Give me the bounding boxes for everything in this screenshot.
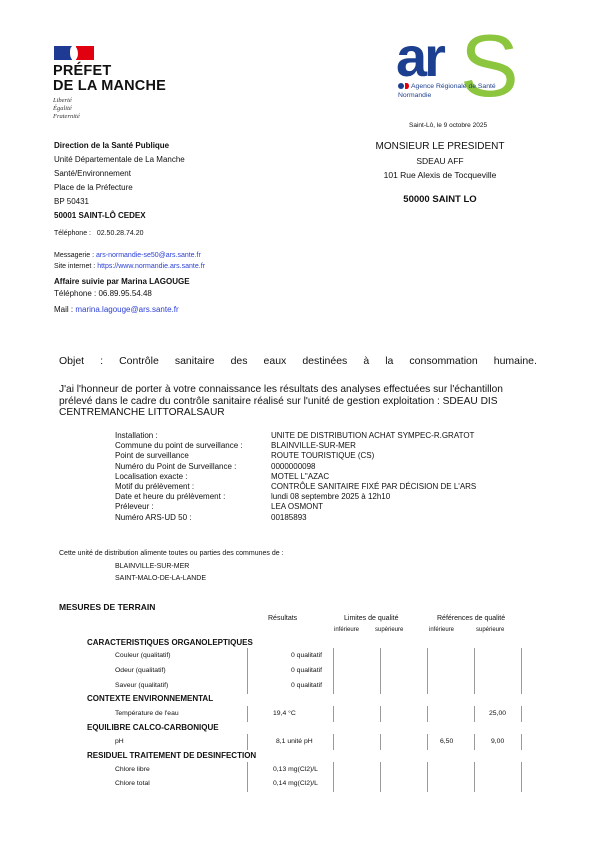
result-value: 0 qualitatif — [291, 652, 322, 659]
header-limit-upper: supérieure — [375, 627, 403, 633]
result-value: 8,1 unité pH — [276, 738, 313, 745]
date-line: Saint-Lô, le 9 octobre 2025 — [409, 122, 487, 129]
sender-site-link[interactable]: https://www.normandie.ars.sante.fr — [97, 263, 205, 270]
measures-title: MESURES DE TERRAIN — [59, 602, 155, 612]
sender-phone: Téléphone : 02.50.28.74.20 — [54, 230, 144, 237]
republic-motto: Liberté Égalité Fraternité — [53, 97, 80, 121]
marianne-half-icon — [405, 83, 409, 89]
info-row: Date et heure du prélèvement :lundi 08 s… — [115, 492, 476, 502]
header-limits: Limites de qualité — [344, 615, 398, 622]
result-value: 19,4 °C — [273, 710, 296, 717]
ref-sup-value: 25,00 — [489, 710, 506, 717]
info-row: Localisation exacte :MOTEL L"AZAC — [115, 472, 476, 482]
param-name: pH — [115, 738, 124, 745]
result-value: 0,13 mg(Cl2)/L — [273, 766, 318, 773]
group-disinfection: RESIDUEL TRAITEMENT DE DESINFECTION — [87, 751, 256, 760]
info-row: Installation :UNITE DE DISTRIBUTION ACHA… — [115, 431, 476, 441]
commune-item: BLAINVILLE-SUR-MER — [115, 563, 189, 570]
object-line: Objet : Contrôle sanitaire des eaux dest… — [59, 355, 537, 367]
sender-address1: Place de la Préfecture — [54, 183, 133, 192]
info-row: Numéro du Point de Surveillance :0000000… — [115, 462, 476, 472]
header-results: Résultats — [268, 615, 297, 622]
header-references: Références de qualité — [437, 615, 505, 622]
communes-intro: Cette unité de distribution alimente tou… — [59, 550, 284, 557]
sender-site-line: Site internet : https://www.normandie.ar… — [54, 263, 205, 270]
marianne-dot-icon — [398, 83, 404, 89]
group-organoleptic: CARACTERISTIQUES ORGANOLEPTIQUES — [87, 638, 253, 647]
result-value: 0,14 mg(Cl2)/L — [273, 780, 318, 787]
result-value: 0 qualitatif — [291, 682, 322, 689]
french-flag-icon — [54, 46, 94, 60]
info-row: Motif du prélèvement :CONTRÔLE SANITAIRE… — [115, 482, 476, 492]
recipient-line1: MONSIEUR LE PRESIDENT — [360, 140, 520, 154]
result-value: 0 qualitatif — [291, 667, 322, 674]
param-name: Couleur (qualitatif) — [115, 652, 171, 659]
param-name: Odeur (qualitatif) — [115, 667, 166, 674]
sender-service: Santé/Environnement — [54, 169, 131, 178]
sender-mail-link[interactable]: ars-normandie-se50@ars.sante.fr — [96, 252, 201, 259]
param-name: Chlore libre — [115, 766, 150, 773]
sample-info: Installation :UNITE DE DISTRIBUTION ACHA… — [115, 431, 476, 523]
ars-logo: ar S Agence Régionale de Santé Normandie — [392, 38, 532, 118]
recipient-line2: SDEAU AFF — [360, 154, 520, 168]
contact-mail-link[interactable]: marina.lagouge@ars.sante.fr — [75, 305, 178, 314]
param-name: Saveur (qualitatif) — [115, 682, 168, 689]
recipient-block: MONSIEUR LE PRESIDENT SDEAU AFF 101 Rue … — [360, 140, 520, 205]
group-environment: CONTEXTE ENVIRONNEMENTAL — [87, 694, 213, 703]
header-limit-lower: inférieure — [334, 627, 359, 633]
sender-unit: Unité Départementale de La Manche — [54, 155, 185, 164]
ref-inf-value: 6,50 — [440, 738, 453, 745]
info-row: Point de surveillanceROUTE TOURISTIQUE (… — [115, 451, 476, 461]
param-name: Chlore total — [115, 780, 150, 787]
sender-address2: BP 50431 — [54, 197, 89, 206]
info-row: Commune du point de surveillance :BLAINV… — [115, 441, 476, 451]
sender-city: 50001 SAINT-LÔ CEDEX — [54, 211, 146, 220]
contact-mail-line: Mail : marina.lagouge@ars.sante.fr — [54, 305, 179, 314]
info-row: Préleveur :LEA OSMONT — [115, 502, 476, 512]
ars-agency-name: Agence Régionale de Santé Normandie — [398, 82, 496, 100]
recipient-city: 50000 SAINT LO — [360, 194, 520, 205]
prefet-title: PRÉFET DE LA MANCHE — [53, 64, 166, 94]
recipient-line3: 101 Rue Alexis de Tocqueville — [360, 168, 520, 182]
sender-direction: Direction de la Santé Publique — [54, 141, 169, 150]
prefet-logo: PRÉFET DE LA MANCHE Liberté Égalité Frat… — [44, 36, 190, 128]
header-ref-lower: inférieure — [429, 627, 454, 633]
group-calco-carbonic: EQUILIBRE CALCO-CARBONIQUE — [87, 723, 219, 732]
ref-sup-value: 9,00 — [491, 738, 504, 745]
intro-paragraph: J'ai l'honneur de porter à votre connais… — [59, 384, 503, 419]
contact-phone: Téléphone : 06.89.95.54.48 — [54, 289, 152, 298]
param-name: Température de l'eau — [115, 710, 179, 717]
followed-by: Affaire suivie par Marina LAGOUGE — [54, 277, 190, 286]
info-row: Numéro ARS-UD 50 :00185893 — [115, 513, 476, 523]
commune-item: SAINT-MALO-DE-LA-LANDE — [115, 575, 206, 582]
header-ref-upper: supérieure — [476, 627, 504, 633]
ars-logo-ar: ar — [396, 24, 443, 89]
sender-mail-line: Messagerie : ars-normandie-se50@ars.sant… — [54, 252, 201, 259]
